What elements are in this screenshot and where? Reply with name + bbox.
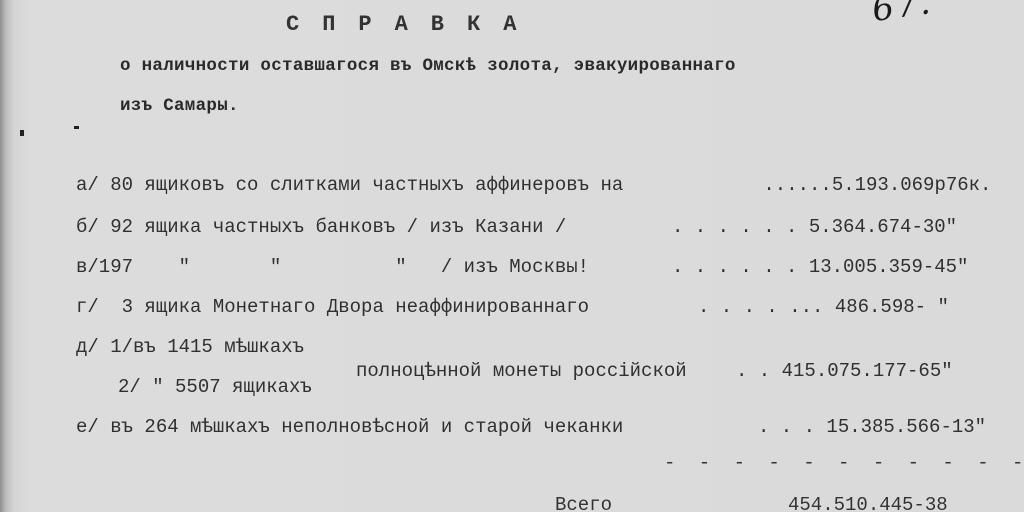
item-b-leader: . . . . . . bbox=[672, 216, 809, 238]
sum-separator-line: - - - - - - - - - - - - - bbox=[664, 452, 1024, 474]
item-g-leader: . . . . ... bbox=[698, 296, 835, 318]
item-v-value: 13.005.359-45" bbox=[809, 256, 969, 278]
margin-ink-mark bbox=[74, 126, 79, 129]
item-b-amount: . . . . . . 5.364.674-30" bbox=[672, 216, 957, 238]
document-subtitle-line1: о наличности оставшагося въ Омскѣ золота… bbox=[120, 56, 736, 76]
archival-document-page: 67. СПРАВКА о наличности оставшагося въ … bbox=[0, 0, 1024, 512]
item-g-value: 486.598- " bbox=[835, 296, 949, 318]
total-amount: 454.510.445-38 bbox=[788, 494, 948, 512]
item-v-leader: . . . . . . bbox=[672, 256, 809, 278]
item-e-value: 15.385.566-13" bbox=[826, 416, 986, 438]
item-b-value: 5.364.674-30" bbox=[809, 216, 957, 238]
item-a-amount: ......5.193.069р76к. bbox=[752, 174, 991, 196]
item-e-amount: . . . 15.385.566-13" bbox=[758, 416, 986, 438]
item-g-amount: . . . . ... 486.598- " bbox=[698, 296, 949, 318]
item-v-amount: . . . . . . 13.005.359-45" bbox=[672, 256, 968, 278]
total-label: Всего bbox=[555, 494, 612, 512]
item-e-leader: . . . bbox=[758, 416, 826, 438]
document-subtitle-line2: изъ Самары. bbox=[120, 96, 239, 116]
document-title: СПРАВКА bbox=[286, 12, 539, 37]
item-d-sub1: д/ 1/въ 1415 мѣшкахъ bbox=[76, 336, 1006, 358]
item-a-value: 5.193.069р76к. bbox=[832, 174, 992, 196]
margin-ink-mark bbox=[20, 130, 24, 136]
item-d-leader: . . bbox=[736, 360, 782, 382]
item-d-amount: . . 415.075.177-65" bbox=[736, 360, 953, 382]
item-d-value: 415.075.177-65" bbox=[782, 360, 953, 382]
item-a-leader: ...... bbox=[752, 174, 832, 196]
handwritten-folio-number: 67. bbox=[870, 0, 935, 30]
